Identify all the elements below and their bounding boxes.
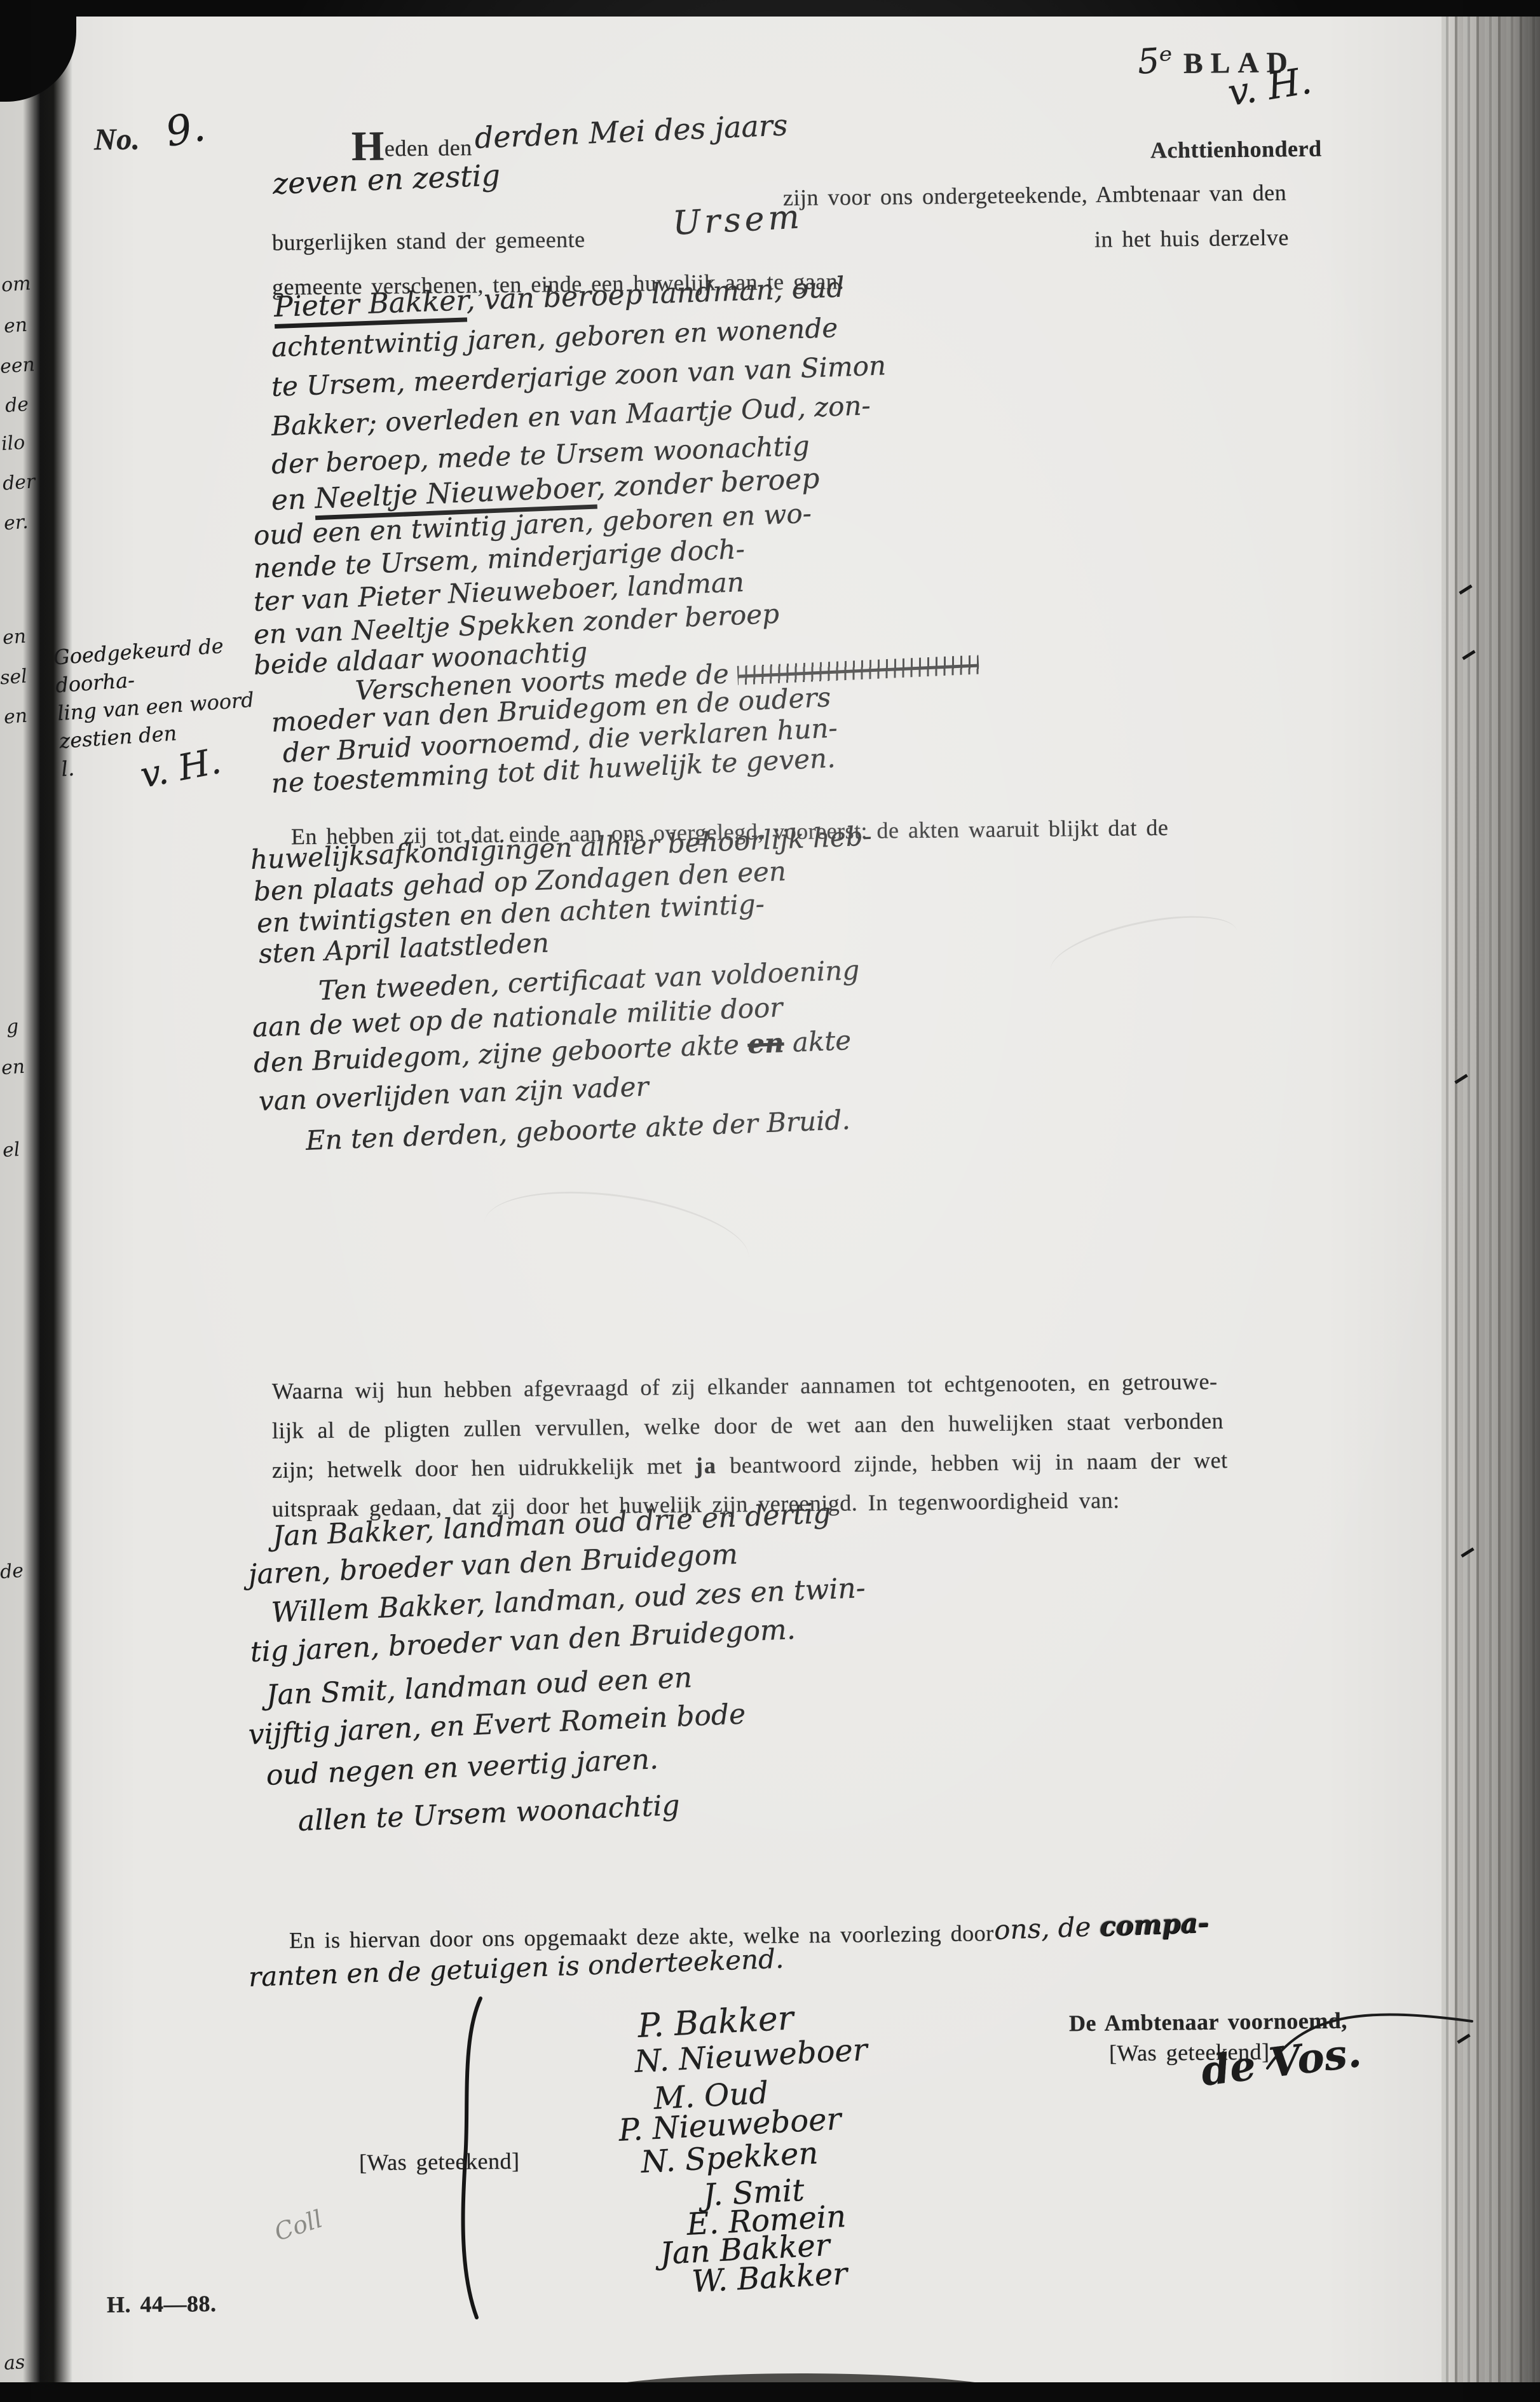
form-waarna-line-3: zijn; hetwelk door hen uidrukkelijk met … bbox=[272, 1447, 1228, 1484]
groom-name: Pieter Bakker bbox=[273, 284, 467, 329]
form-waarna-line-1: Waarna wij hun hebben afgevraagd of zij … bbox=[272, 1368, 1218, 1405]
hw-municipality: Ursem bbox=[672, 198, 804, 243]
waarna-3a: zijn; hetwelk door hen uidrukkelijk met bbox=[272, 1453, 683, 1483]
pencil-smudge bbox=[478, 1177, 755, 1304]
form-in-het-huis: in het huis derzelve bbox=[1094, 224, 1289, 252]
hw-witness-line-8: allen te Ursem woonachtig bbox=[297, 1789, 681, 1838]
closing-pre: ons, de bbox=[993, 1911, 1091, 1946]
hw-docs-line-9: En ten derden, geboorte akte der Bruid. bbox=[305, 1104, 851, 1156]
struck-word-en: en bbox=[747, 1027, 784, 1060]
waarna-3b: beantwoord zijnde, hebben wij in naam de… bbox=[730, 1447, 1228, 1478]
sheet-number: 5ᵉ bbox=[1136, 39, 1175, 82]
form-zijn-voor-ons: zijn voor ons ondergeteekende, Ambtenaar… bbox=[783, 179, 1286, 211]
struck-out-word bbox=[737, 655, 979, 685]
spine-text-fragment: en bbox=[1, 1056, 25, 1080]
hw-date-year: zeven en zestig bbox=[272, 158, 501, 201]
closing-blotted-word: compa- bbox=[1099, 1907, 1210, 1942]
hw-witness-line-7: oud negen en veertig jaren. bbox=[266, 1743, 659, 1792]
act-number: 9. bbox=[162, 104, 208, 156]
form-burgerlijken-stand: burgerlijken stand der gemeente bbox=[272, 226, 585, 256]
scan-bottom-border bbox=[0, 2382, 1540, 2402]
was-geteekend-left: [Was geteekend] bbox=[359, 2148, 520, 2176]
scan-top-border bbox=[0, 0, 1540, 17]
ja-bold: ja bbox=[695, 1453, 717, 1478]
form-waarna-line-2: lijk al de pligten zullen vervullen, wel… bbox=[272, 1407, 1223, 1444]
form-heden-den: Heden den bbox=[351, 134, 472, 162]
spine-text-fragment: de bbox=[0, 1560, 24, 1583]
hw-docs-line-8: van overlijden van zijn vader bbox=[258, 1070, 649, 1117]
docs-line7-post: akte bbox=[792, 1025, 852, 1058]
act-number-label: No. bbox=[94, 122, 140, 158]
hw-closing-line-1: ons, de compa- bbox=[993, 1907, 1209, 1946]
pencil-note: Coll bbox=[271, 2205, 325, 2246]
form-heden-rest: eden den bbox=[385, 135, 472, 161]
binding-shadow bbox=[23, 13, 72, 2402]
spine-text-fragment: ilo bbox=[1, 432, 26, 456]
hw-date-day-month: derden Mei des jaars bbox=[474, 107, 789, 155]
form-code: H. 44—88. bbox=[107, 2290, 217, 2318]
form-achttienhonderd: Achttienhonderd bbox=[1150, 135, 1322, 164]
spine-text-fragment: g bbox=[6, 1015, 20, 1038]
bride-pre: en bbox=[271, 483, 306, 517]
marriage-record-scan: om en een de ilo der er. en sel en g en … bbox=[0, 0, 1540, 2402]
pencil-smudge bbox=[1045, 903, 1244, 1000]
bride-line1-rest: , zonder beroep bbox=[596, 462, 820, 503]
signature: W. Bakker bbox=[691, 2256, 848, 2300]
spine-text-fragment: el bbox=[2, 1138, 21, 1162]
